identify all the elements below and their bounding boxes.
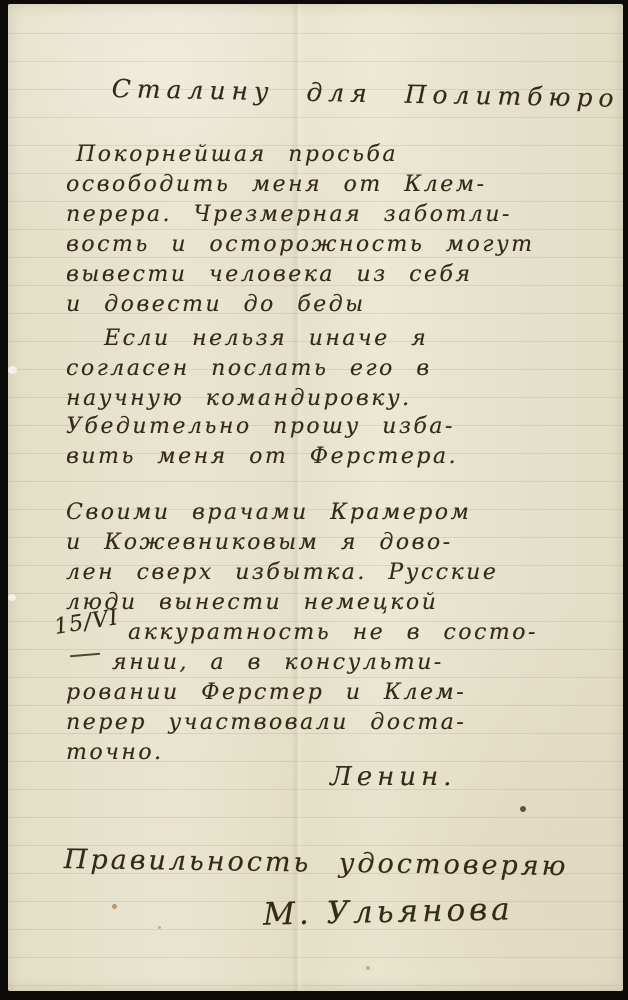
paper-flaw (8, 594, 16, 601)
foxing-spot (112, 904, 117, 909)
manuscript-line: янии, а в консульти- (112, 648, 538, 678)
lenin-signature: Ленин. (330, 762, 456, 792)
manuscript-line: вывести человека из себя (66, 260, 535, 290)
manuscript-line: вость и осторожность могут (66, 230, 535, 260)
manuscript-line: Если нельзя иначе я (104, 324, 432, 354)
paper-flaw (8, 366, 17, 374)
manuscript-line: вить меня от Ферстера. (66, 442, 458, 472)
manuscript-line: точно. (66, 738, 538, 768)
paragraph-2: Если нельзя иначе я согласен послать его… (66, 324, 432, 414)
foxing-spot (158, 926, 161, 929)
paragraph-1: Покорнейшая просьба освободить меня от К… (66, 140, 535, 320)
manuscript-line: лен сверх избытка. Русские (66, 558, 538, 588)
manuscript-line: перера. Чрезмерная заботли- (66, 200, 535, 230)
letter-paper: Сталину для Политбюро Покорнейшая просьб… (8, 4, 623, 991)
ink-blot (520, 806, 526, 812)
ulyanova-signature: М. Ульянова (263, 891, 514, 932)
manuscript-line: аккуратность не в состо- (128, 618, 538, 648)
paragraph-3: Убедительно прошу изба- вить меня от Фер… (66, 412, 458, 472)
manuscript-line: Убедительно прошу изба- (66, 412, 458, 442)
manuscript-line: ровании Ферстер и Клем- (66, 678, 538, 708)
manuscript-line: и довести до беды (66, 290, 535, 320)
manuscript-line: и Кожевниковым я дово- (66, 528, 538, 558)
manuscript-line: Покорнейшая просьба (76, 140, 535, 170)
manuscript-line: Своими врачами Крамером (66, 498, 538, 528)
scan-background: Сталину для Политбюро Покорнейшая просьб… (0, 0, 628, 1000)
paragraph-4: Своими врачами Крамером и Кожевниковым я… (66, 498, 538, 768)
manuscript-line: освободить меня от Клем- (66, 170, 535, 200)
manuscript-line: научную командировку. (66, 384, 432, 414)
manuscript-line: люди вынести немецкой (66, 588, 538, 618)
manuscript-line: согласен послать его в (66, 354, 432, 384)
foxing-spot (366, 966, 370, 970)
manuscript-line: перер участвовали доста- (66, 708, 538, 738)
